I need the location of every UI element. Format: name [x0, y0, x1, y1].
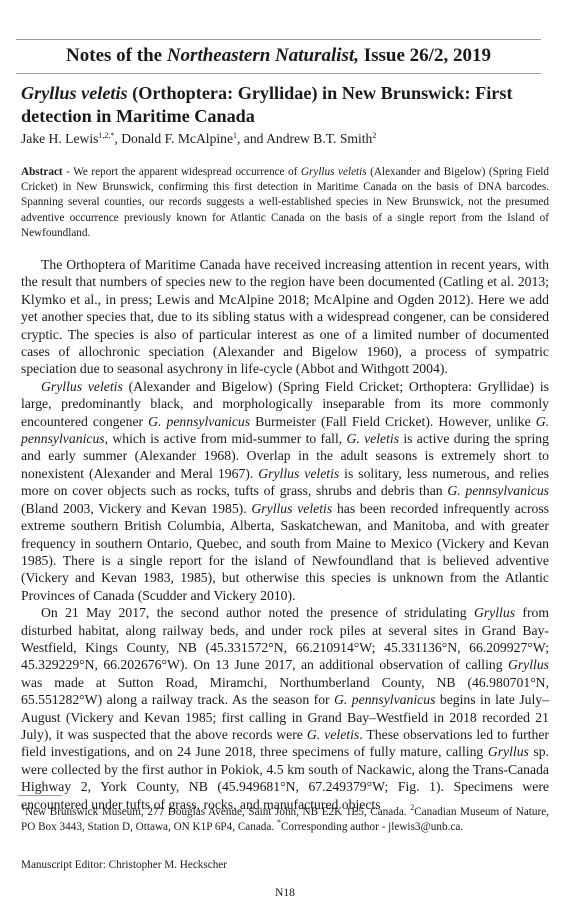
- author: Donald F. McAlpine: [121, 131, 233, 146]
- journal-header: Notes of the Northeastern Naturalist, Is…: [16, 43, 541, 69]
- author: Andrew B.T. Smith: [266, 131, 372, 146]
- article-title: Gryllus veletis (Orthoptera: Gryllidae) …: [21, 82, 551, 128]
- author-list: Jake H. Lewis1,2,*, Donald F. McAlpine1,…: [21, 130, 376, 148]
- header-top-rule: [16, 39, 541, 40]
- author: Jake H. Lewis: [21, 131, 98, 146]
- paragraph: On 21 May 2017, the second author noted …: [21, 604, 549, 813]
- abstract-label: Abstract: [21, 166, 63, 178]
- body-text: The Orthoptera of Maritime Canada have r…: [21, 256, 549, 813]
- abstract: Abstract - We report the apparent widesp…: [21, 165, 549, 241]
- paragraph: The Orthoptera of Maritime Canada have r…: [21, 256, 549, 378]
- manuscript-editor: Manuscript Editor: Christopher M. Hecksc…: [21, 858, 227, 873]
- journal-name: Northeastern Naturalist,: [167, 45, 359, 66]
- page-number: N18: [0, 886, 570, 899]
- header-bottom-rule: [16, 73, 541, 74]
- affiliations-footnote: 1New Brunswick Museum, 277 Douglas Avenu…: [21, 805, 549, 835]
- paragraph: Gryllus veletis (Alexander and Bigelow) …: [21, 378, 549, 604]
- footnote-rule: [18, 795, 62, 796]
